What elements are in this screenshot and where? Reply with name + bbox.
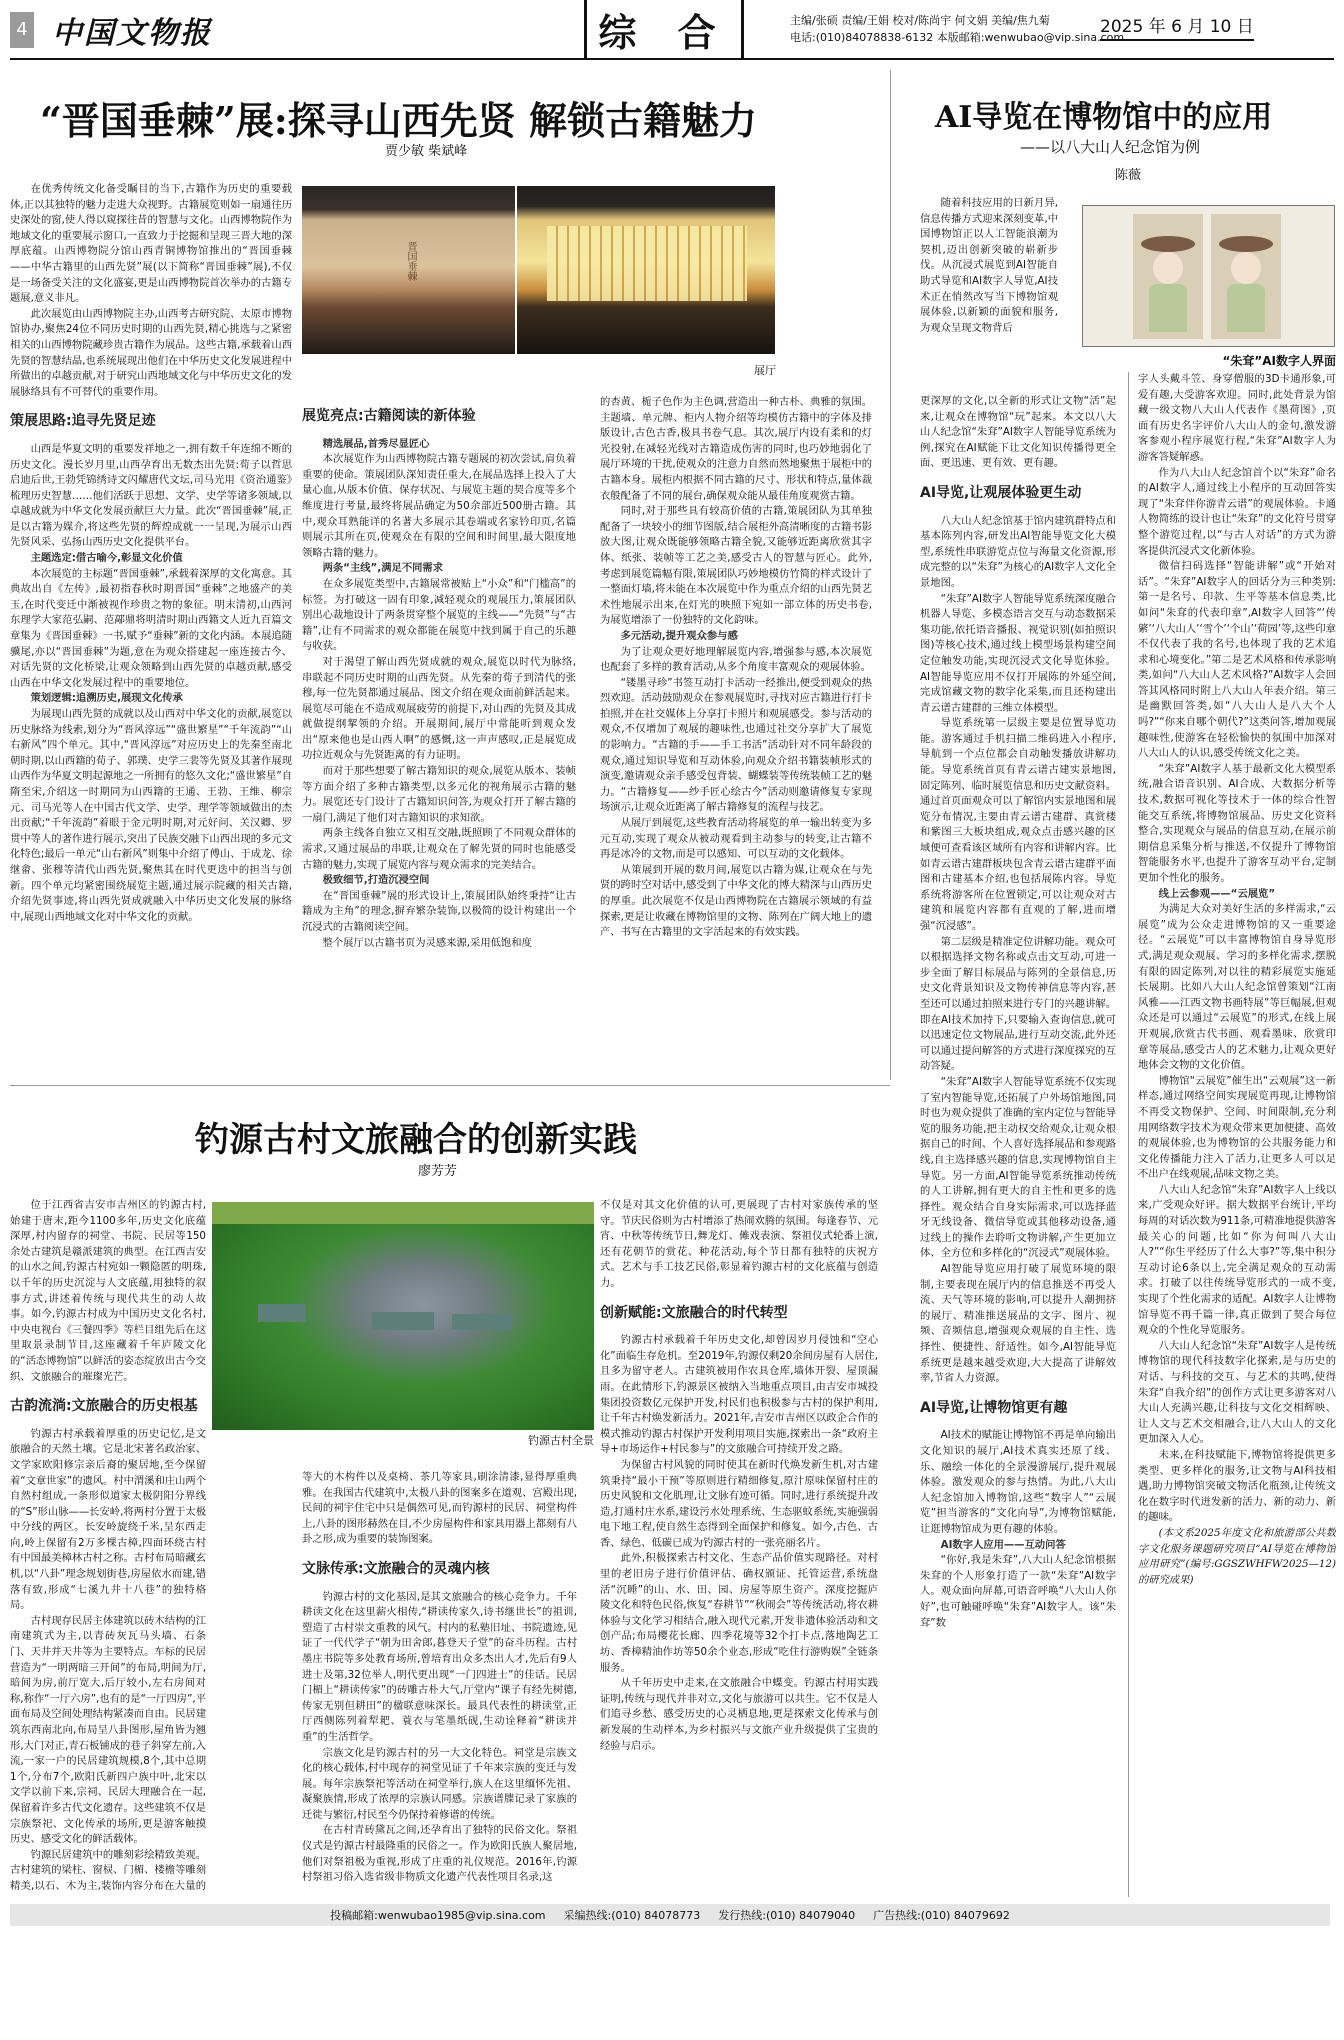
paragraph: 对于渴望了解山西先贤成就的观众,展览以时代为脉络,串联起不同历史时期的山西先贤。… — [302, 655, 576, 764]
paragraph: 此次展览由山西博物院主办,山西考古研究院、太原市博物馆协办,聚焦24位不同历史时… — [10, 307, 292, 401]
subsection-title: 精选展品,首秀尽显匠心 — [302, 437, 576, 453]
paragraph: 宗族文化是钓源古村的另一大文化特色。祠堂是宗族文化的核心载体,村中现存的祠堂见证… — [302, 1746, 577, 1824]
paragraph: 为展现山西先贤的成就以及山西对中华文化的贡献,展览以历史脉络为线索,划分为“晋风… — [10, 707, 292, 925]
footnote: (本文系2025年度文化和旅游部公共数字文化服务课题研究项目“AI导览在博物馆应… — [1138, 1526, 1336, 1588]
masthead-rule — [10, 58, 1334, 60]
page-number: 4 — [10, 12, 34, 48]
subheading: 策展思路:追寻先贤足迹 — [10, 414, 292, 430]
paragraph: 更深厚的文化,以全新的形式让文物“活”起来,让观众在博物馆“玩”起来。本文以八大… — [920, 394, 1116, 472]
paragraph: 的杏黄、栀子色作为主色调,营造出一种古朴、典雅的氛围。主题墙、单元牌、柜内人物介… — [600, 395, 872, 504]
exhibition-hall-photo-1: 晋国垂棘 — [302, 186, 515, 354]
paragraph: 字人头戴斗笠、身穿僧服的3D卡通形象,可爱有趣,大受游客欢迎。同时,此处背景为馆… — [1138, 372, 1336, 466]
paragraph: 不仅是对其文化价值的认可,更展现了古村对家族传承的坚守。节庆民俗则为古村增添了热… — [600, 1198, 878, 1292]
article2-byline: 陈薇 — [1115, 164, 1141, 183]
subheading: 古韵流淌:文旅融合的历史根基 — [10, 1399, 206, 1415]
paragraph: 在古村青砖黛瓦之间,还孕育出了独特的民俗文化。祭祖仪式是钓源古村最隆重的民俗之一… — [302, 1823, 577, 1885]
paragraph: 在“晋国垂棘”展的形式设计上,策展团队始终秉持“让古籍成为主角”的理念,摒弃繁杂… — [302, 889, 576, 936]
newspaper-logo: 中国文物报 — [52, 8, 212, 52]
bamboo-light-wall — [547, 226, 747, 301]
paragraph: 八大山人纪念馆基于馆内建筑群特点和基本陈列内容,研发出AI智能导览文化大模型,系… — [920, 514, 1116, 592]
paragraph: 本次展览作为山西博物院古籍专题展的初次尝试,肩负着重要的使命。策展团队深知责任重… — [302, 452, 576, 561]
footer-submit-email: 投稿邮箱:wenwubao1985@vip.sina.com — [330, 1907, 545, 1923]
pond — [452, 1314, 512, 1330]
article3-byline: 廖芳芳 — [418, 1160, 457, 1179]
paragraph: 整个展厅以古籍书页为灵感来源,采用低饱和度 — [302, 936, 576, 952]
paragraph: 从展厅到展览,这些教育活动将展览的单一输出转变为多元互动,实现了观众从被动观看到… — [600, 816, 872, 863]
paragraph: 为满足大众对美好生活的多样需求,“云展览”成为公众走进博物馆的又一重要途径。“云… — [1138, 902, 1336, 1074]
paragraph: 而对于那些想要了解古籍知识的观众,展览从版本、装帧等方面介绍了多种古籍类型,以多… — [302, 764, 576, 826]
pond — [258, 1304, 306, 1322]
masthead: 4 中国文物报 综 合 主编/张硕 责编/王娟 校对/陈尚宇 何文娟 美编/焦九… — [0, 0, 1344, 58]
footer-editorial-hotline: 采编热线:(010) 84078773 — [564, 1907, 701, 1923]
article2-intro: 随着科技应用的日新月异,信息传播方式迎来深刻变革,中国博物馆正以人工智能浪潮为契… — [920, 196, 1058, 336]
paragraph: 本次展览的主标题“晋国垂棘”,承载着深厚的文化寓意。其典故出自《左传》,最初指春… — [10, 567, 292, 692]
paragraph: 山西是华夏文明的重要发祥地之一,拥有数千年连绵不断的历史文化。漫长岁月里,山西孕… — [10, 442, 292, 551]
paragraph: 八大山人纪念馆“朱耷”AI数字人上线以来,广受观众好评。据大数据平台统计,平均每… — [1138, 1183, 1336, 1339]
paragraph: 古村现存民居主体建筑以砖木结构的江南建筑式为主,以青砖灰瓦马头墙、石条门、天井并… — [10, 1614, 206, 1848]
article2-column-2: 字人头戴斗笠、身穿僧服的3D卡通形象,可爱有趣,大受游客欢迎。同时,此处背景为馆… — [1138, 372, 1336, 1588]
section-divider — [10, 1085, 890, 1086]
paragraph: 钓源民居建筑中的雕刻彩绘精致美观。古村建筑的梁柱、窗棂、门楣、楼檐等雕刻精美,以… — [10, 1848, 206, 1896]
footer-contact-bar: 投稿邮箱:wenwubao1985@vip.sina.com 采编热线:(010… — [10, 1904, 1330, 1926]
subheading: 文脉传承:文旅融合的灵魂内核 — [302, 1562, 577, 1578]
section-title: 综 合 — [584, 0, 744, 58]
paragraph: 为保留古村风貌的同时使其在新时代焕发新生机,对古建筑秉持“最小干预”等原则进行精… — [600, 1458, 878, 1552]
paragraph: 未来,在科技赋能下,博物馆将提供更多类型、更多样化的服务,让文物与AI科技相遇,… — [1138, 1448, 1336, 1526]
subsection-title: 多元活动,提升观众参与感 — [600, 629, 872, 645]
paragraph: “朱耷”AI数字人智能导览系统深度融合机器人导览、多模态语言交互与动态数据采集功… — [920, 592, 1116, 717]
article1-byline: 贾少敏 柴斌峰 — [385, 140, 467, 159]
subsection-title: 极致细节,打造沉浸空间 — [302, 873, 576, 889]
photo-wall-title: 晋国垂棘 — [398, 241, 416, 287]
article1-column-2: 展览亮点:古籍阅读的新体验精选展品,首秀尽显匠心本次展览作为山西博物院古籍专题展… — [302, 395, 576, 951]
article3-photo-caption: 钓源古村全景 — [470, 1432, 594, 1448]
subsection-title: AI数字人应用——互动问答 — [920, 1538, 1116, 1554]
paragraph: 等大的木构件以及桌椅、茶几等家具,刷涂清漆,显得厚重典雅。在我国古代建筑中,太极… — [302, 1470, 577, 1548]
paragraph: 钓源古村的文化基因,是其文旅融合的核心竞争力。千年耕读文化在这里薪火相传,“耕读… — [302, 1590, 577, 1746]
paragraph: 作为八大山人纪念馆首个以“朱耷”命名的AI数字人,通过线上小程序的互动回答实现了… — [1138, 466, 1336, 560]
article1-headline: “晋国垂棘”展:探寻山西先贤 解锁古籍魅力 — [40, 90, 757, 145]
editorial-credits: 主编/张硕 责编/王娟 校对/陈尚宇 何文娟 美编/焦九菊 电话:(010)84… — [790, 12, 1124, 46]
article1-column-3: 的杏黄、栀子色作为主色调,营造出一种古朴、典雅的氛围。主题墙、单元牌、柜内人物介… — [600, 395, 872, 941]
article3-column-2: 等大的木构件以及桌椅、茶几等家具,刷涂清漆,显得厚重典雅。在我国古代建筑中,太极… — [302, 1470, 577, 1886]
subsection-title: 两条“主线”,满足不同需求 — [302, 561, 576, 577]
column-divider — [890, 70, 891, 1080]
subsection-title: 策划逻辑:追溯历史,展现文化传承 — [10, 691, 292, 707]
paragraph: 从千年历史中走来,在文旅融合中蝶变。钓源古村用实践证明,传统与现代并非对立,文化… — [600, 1676, 878, 1754]
subsection-title: 主题选定:借古喻今,彰显文化价值 — [10, 551, 292, 567]
contact-line: 电话:(010)84078838-6132 本版邮箱:wenwubao@vip.… — [790, 29, 1124, 46]
subheading: AI导览,让博物馆更有趣 — [920, 1401, 1116, 1417]
ai-digital-human-interface-image — [1082, 205, 1335, 347]
footer-ads-hotline: 广告热线:(010) 84079692 — [873, 1907, 1010, 1923]
paragraph: 导览系统第一层级主要是位置导览功能。游客通过手机扫描二维码进入小程序,导航到一个… — [920, 716, 1116, 934]
subheading: AI导览,让观展体验更生动 — [920, 486, 1116, 502]
paragraph: “镂墨寻珍”书签互动打卡活动一经推出,便受到观众的热烈欢迎。活动鼓励观众在参观展… — [600, 676, 872, 816]
footer-distribution-hotline: 发行热线:(010) 84079040 — [718, 1907, 855, 1923]
article2-subheadline: ——以八大山人纪念馆为例 — [1020, 136, 1200, 157]
paragraph: AI技术的赋能让博物馆不再是单向输出文化知识的展厅,AI技术真实还原了线、乐、融… — [920, 1428, 1116, 1537]
editors-line: 主编/张硕 责编/王娟 校对/陈尚宇 何文娟 美编/焦九菊 — [790, 12, 1124, 29]
article2-photo-caption: “朱耷”AI数字人界面 — [1150, 352, 1336, 369]
article3-headline: 钓源古村文旅融合的创新实践 — [195, 1112, 637, 1161]
subheading: 展览亮点:古籍阅读的新体验 — [302, 409, 576, 425]
robe-shape — [1149, 284, 1187, 332]
hat-icon — [1219, 236, 1273, 252]
paragraph: 第二层级是精准定位讲解功能。观众可以根据选择文物名称或点击文互动,可进一步全面了… — [920, 935, 1116, 1075]
exhibition-hall-photo-2 — [517, 186, 775, 354]
pond — [372, 1312, 434, 1330]
paragraph: 钓源古村承载着千年历史文化,却曾因岁月侵蚀和“空心化”面临生存危机。至2019年… — [600, 1333, 878, 1458]
subsection-title: 线上云参观——“云展览” — [1138, 887, 1336, 903]
article1-column-1: 在优秀传统文化备受瞩目的当下,古籍作为历史的重要载体,正以其独特的魅力走进大众视… — [10, 182, 292, 925]
subheading: 创新赋能:文旅融合的时代转型 — [600, 1306, 878, 1322]
paragraph: 同时,对于那些具有较高价值的古籍,策展团队为其单独配备了一块较小的细节图版,结合… — [600, 504, 872, 629]
paragraph: 两条主线各自独立又相互交融,既照顾了不同观众群体的需求,又通过展品的串联,让观众… — [302, 826, 576, 873]
paragraph: 为了让观众更好地理解展览内容,增强参与感,本次展览也配套了多样的教育活动,从多个… — [600, 645, 872, 676]
article2-headline: AI导览在博物馆中的应用 — [935, 92, 1272, 136]
fields — [212, 1202, 594, 1224]
village-aerial-photo — [212, 1202, 594, 1430]
article3-column-1: 位于江西省吉安市吉州区的钓源古村,始建于唐末,距今1100多年,历史文化底蕴深厚… — [10, 1198, 206, 1896]
cartoon-face-icon — [1153, 252, 1183, 284]
paragraph: 微信扫码选择“智能讲解”或“开始对话”。“朱耷”AI数字人的回话分为三种类别:第… — [1138, 559, 1336, 762]
robe-shape — [1227, 284, 1265, 332]
hat-icon — [1141, 236, 1195, 252]
article3-column-3: 不仅是对其文化价值的认可,更展现了古村对家族传承的坚守。节庆民俗则为古村增添了热… — [600, 1198, 878, 1754]
paragraph: 在优秀传统文化备受瞩目的当下,古籍作为历史的重要载体,正以其独特的魅力走进大众视… — [10, 182, 292, 307]
column-divider — [1128, 372, 1129, 1897]
article1-photo-caption: 展厅 — [700, 362, 776, 378]
paragraph: “朱耷”AI数字人智能导览系统不仅实现了室内智能导览,还拓展了户外场馆地图,同时… — [920, 1075, 1116, 1262]
article2-intro-paragraph: 随着科技应用的日新月异,信息传播方式迎来深刻变革,中国博物馆正以人工智能浪潮为契… — [920, 196, 1058, 336]
paragraph: AI智能导览应用打破了展览环境的限制,主要表现在展厅内的信息推送不再受人流、天气… — [920, 1262, 1116, 1387]
paragraph: 八大山人纪念馆“朱耷”AI数字人是传统博物馆的现代科技数字化探索,是与历史的对话… — [1138, 1339, 1336, 1448]
article2-column-1: 更深厚的文化,以全新的形式让文物“活”起来,让观众在博物馆“玩”起来。本文以八大… — [920, 394, 1116, 1631]
paragraph: 在众多展览类型中,古籍展常被贴上“小众”和“门槛高”的标签。为打破这一固有印象,… — [302, 577, 576, 655]
issue-date: 2025 年 6 月 10 日 — [1100, 12, 1254, 41]
paragraph: 此外,积极探索古村文化、生态产品价值实现路径。对村里的老旧房子进行价值评估、确权… — [600, 1551, 878, 1676]
paragraph: 从策展到开展的数月间,展览以古籍为媒,让观众在与先贤的跨时空对话中,感受到了中华… — [600, 863, 872, 941]
paragraph: “你好,我是朱耷”,八大山人纪念馆根据朱耷的个人形象打造了一款“朱耷”AI数字人… — [920, 1553, 1116, 1631]
cartoon-face-icon — [1231, 252, 1261, 284]
paragraph: 博物馆“云展览”催生出“云观展”这一新样态,通过网络空间实现展览再现,让博物馆不… — [1138, 1074, 1336, 1183]
paragraph: 位于江西省吉安市吉州区的钓源古村,始建于唐末,距今1100多年,历史文化底蕴深厚… — [10, 1198, 206, 1385]
paragraph: “朱耷”AI数字人基于最新文化大模型系统,融合语音识别、AI合成、大数据分析等技… — [1138, 762, 1336, 887]
paragraph: 钓源古村承载着厚重的历史记忆,是文旅融合的天然土壤。它是北宋著名政治家、文学家欧… — [10, 1427, 206, 1614]
